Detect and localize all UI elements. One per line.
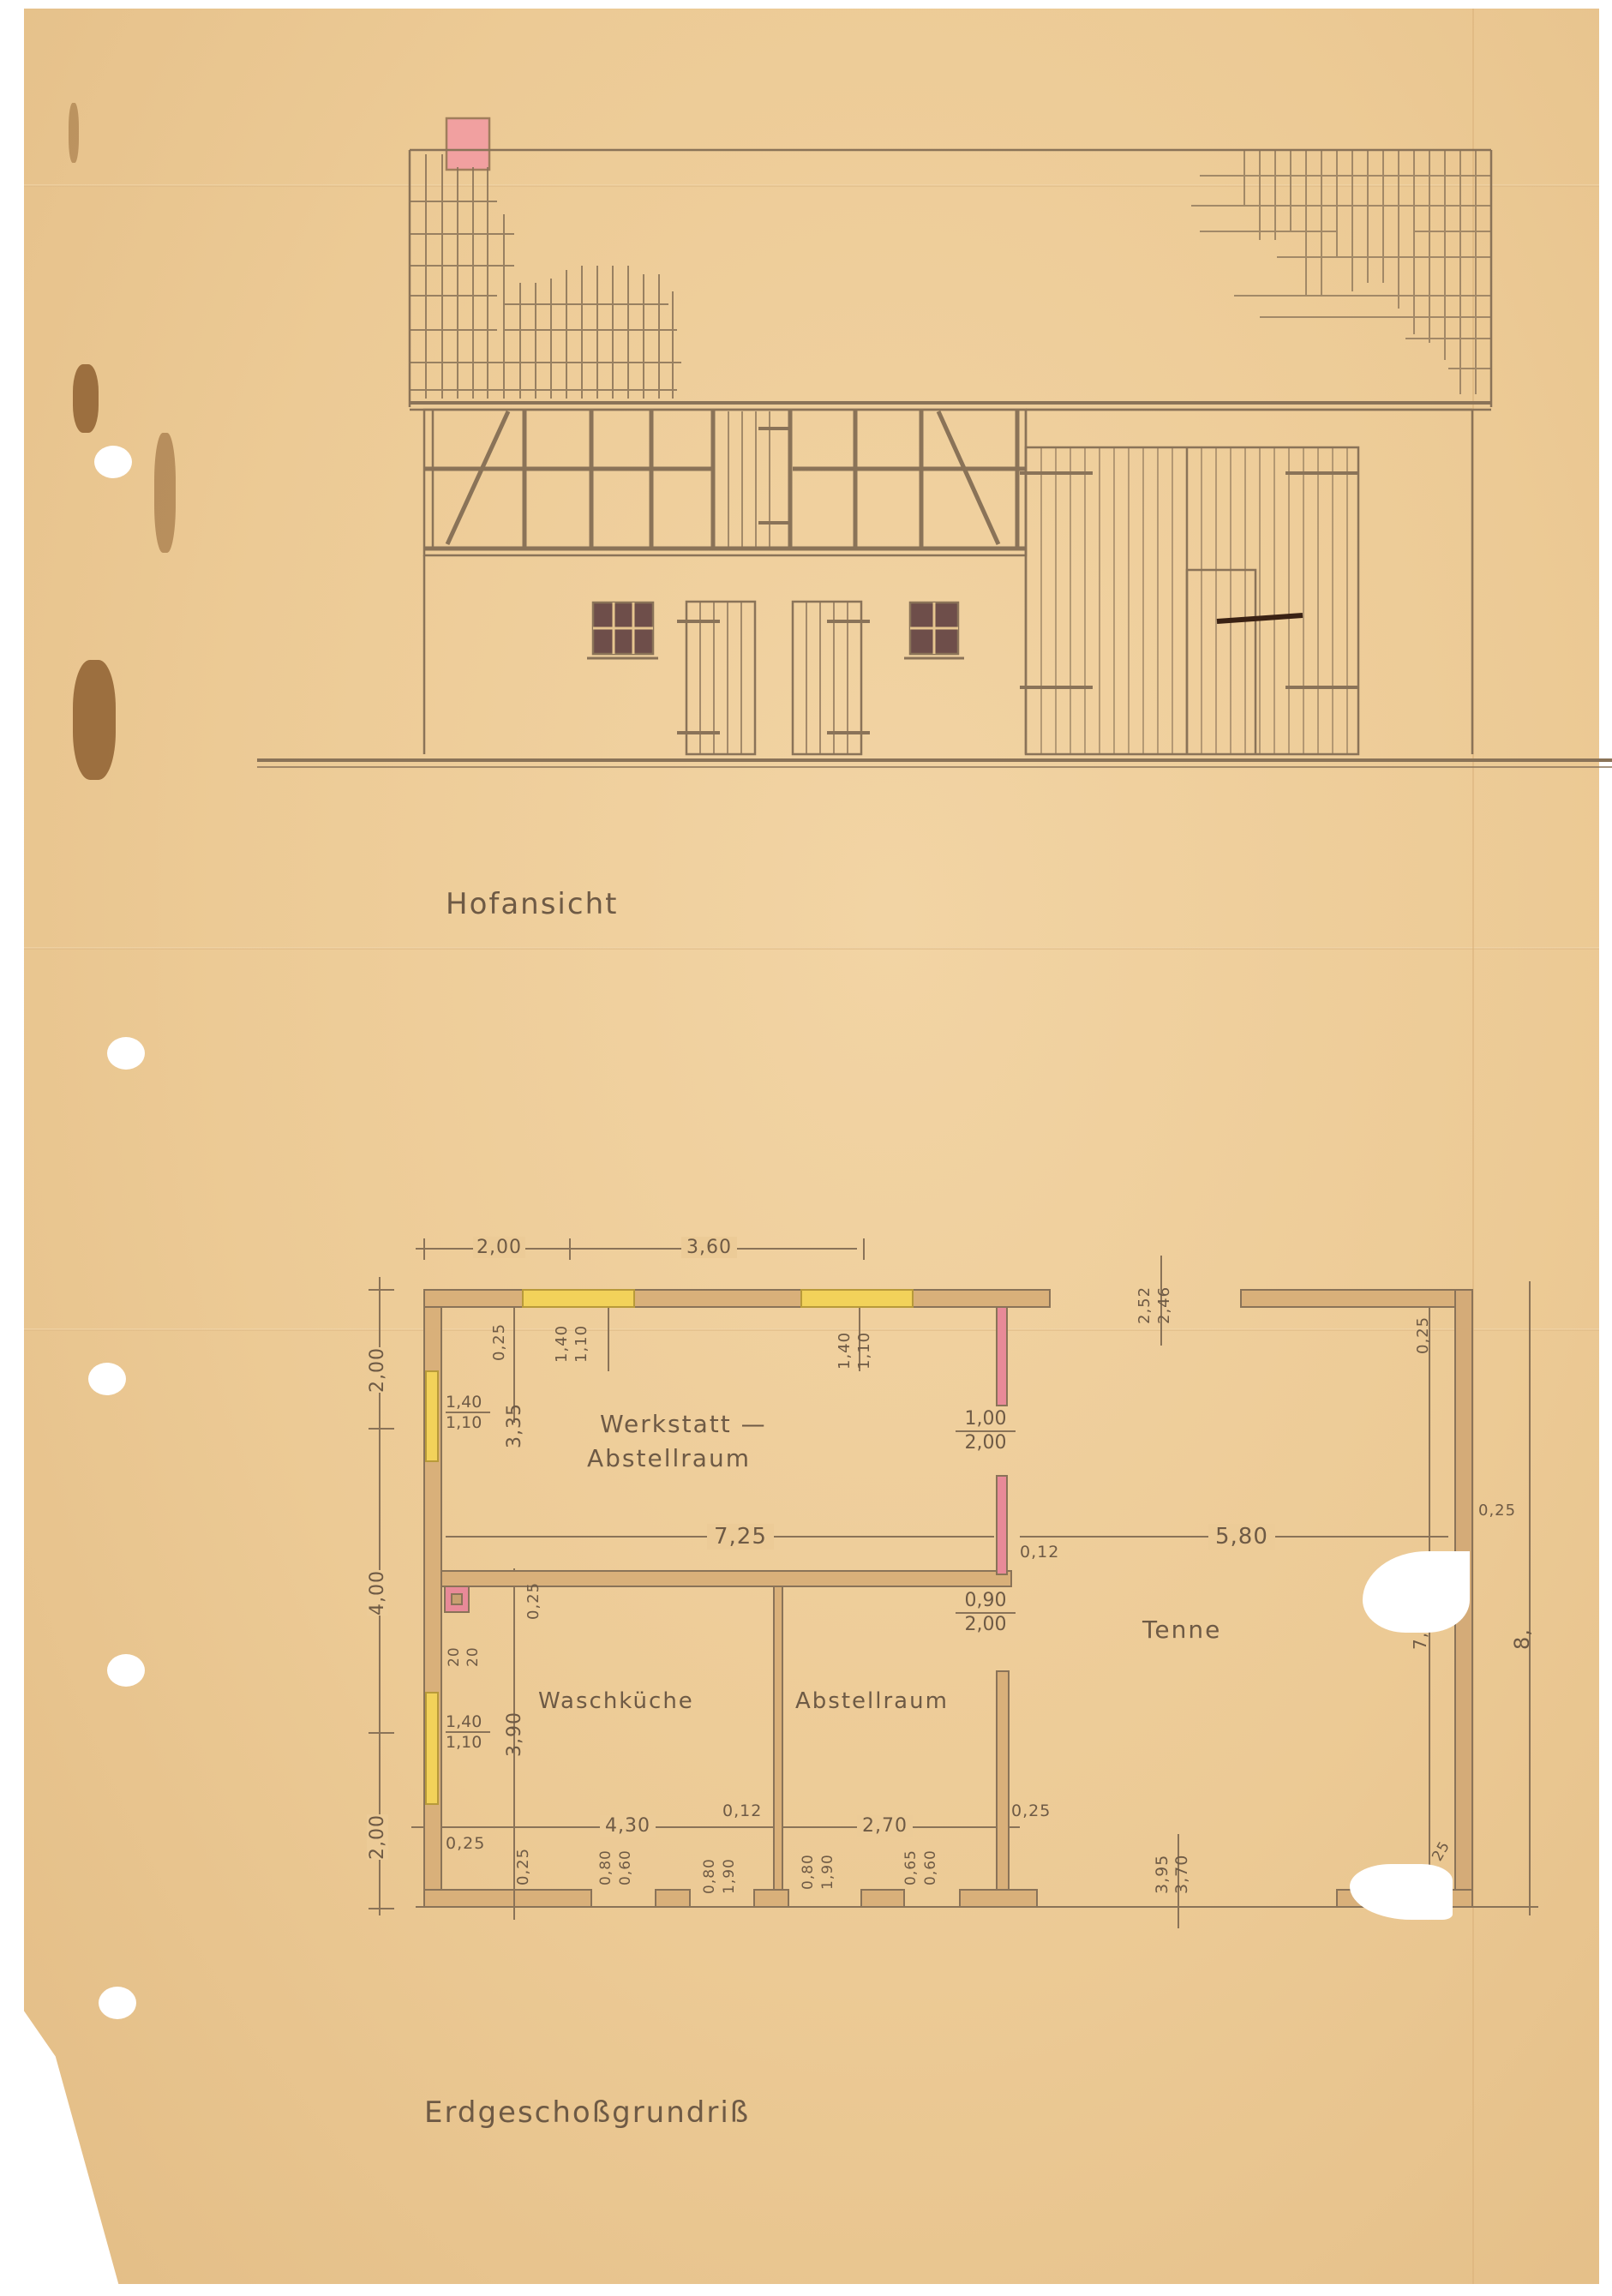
- dim-wall-025-a: 0,25: [490, 1323, 508, 1361]
- dim-left-3: 2,00: [367, 1814, 388, 1860]
- room-label-werkstatt-abstellraum: Abstellraum: [587, 1444, 751, 1472]
- opening-bottom-window-2-width: 0,65: [902, 1849, 920, 1885]
- room-label-abstellraum: Abstellraum: [795, 1688, 949, 1714]
- opening-tenne-gate-width: 2,52: [1136, 1286, 1154, 1324]
- dim-right-partial-2: 7,: [1410, 1632, 1430, 1650]
- chimney: [446, 118, 489, 170]
- opening-height: 2,00: [956, 1612, 1016, 1636]
- opening-width: 1,00: [956, 1408, 1016, 1430]
- opening-top-window-1-height: 1,10: [572, 1325, 590, 1363]
- drawing-canvas: [0, 0, 1612, 2296]
- dim-top-2: 3,60: [681, 1237, 737, 1258]
- dim-wall-012-b: 0,12: [722, 1801, 762, 1820]
- dim-tenne-width: 5,80: [1208, 1524, 1275, 1550]
- dim-wall-025-d: 0,25: [514, 1848, 532, 1885]
- opening-top-window-2-height: 1,10: [855, 1332, 873, 1370]
- opening-tenne-bottom-gate-width: 3,95: [1153, 1855, 1172, 1894]
- dim-left-1: 2,00: [367, 1347, 388, 1393]
- dim-top-1: 2,00: [473, 1237, 525, 1258]
- opening-bottom-door-1-height: 1,90: [721, 1858, 738, 1894]
- dim-abstellraum-width: 2,70: [857, 1815, 913, 1837]
- dim-wall-025-e: 0,25: [1011, 1801, 1051, 1820]
- dim-wall-025-c: 0,25: [446, 1834, 485, 1853]
- opening-chimney-b: 20: [464, 1646, 482, 1667]
- opening-bottom-door-2-height: 1,90: [819, 1854, 836, 1890]
- dim-right-partial: 8,: [1510, 1628, 1534, 1650]
- dim-wall-012-a: 0,12: [1020, 1543, 1059, 1562]
- dim-left-2: 4,00: [367, 1570, 388, 1616]
- opening-height: 2,00: [956, 1430, 1016, 1454]
- dim-interior-width: 7,25: [707, 1524, 774, 1550]
- opening-left-window-1: 1,40 1,10: [446, 1393, 490, 1432]
- opening-abstellraum-door: 0,90 2,00: [956, 1590, 1016, 1636]
- opening-bottom-window-2-height: 0,60: [922, 1849, 939, 1885]
- dim-height-390: 3,90: [504, 1712, 525, 1757]
- dim-height-335: 3,35: [504, 1403, 525, 1448]
- dim-waschkueche-width: 4,30: [600, 1815, 656, 1837]
- elevation-title: Hofansicht: [446, 887, 618, 921]
- opening-bottom-door-1-width: 0,80: [701, 1858, 718, 1894]
- opening-chimney-a: 20: [446, 1646, 463, 1667]
- floor-plan-title: Erdgeschoßgrundriß: [424, 2095, 750, 2130]
- opening-werkstatt-door: 1,00 2,00: [956, 1408, 1016, 1454]
- room-label-tenne: Tenne: [1142, 1616, 1221, 1644]
- opening-width: 0,90: [956, 1590, 1016, 1612]
- opening-top-window-2-width: 1,40: [836, 1332, 854, 1370]
- room-label-werkstatt: Werkstatt —: [600, 1410, 767, 1438]
- opening-bottom-window-1-height: 0,60: [617, 1849, 634, 1885]
- opening-height: 1,10: [446, 1412, 490, 1432]
- opening-tenne-gate-height: 2,46: [1155, 1286, 1173, 1324]
- opening-tenne-bottom-gate-height: 3,70: [1172, 1855, 1191, 1894]
- dim-wall-025-b: 0,25: [524, 1582, 542, 1620]
- opening-bottom-window-1-width: 0,80: [597, 1849, 614, 1885]
- dim-wall-025-g: 0,25: [1478, 1502, 1516, 1520]
- opening-width: 1,40: [446, 1712, 490, 1731]
- opening-left-window-2: 1,40 1,10: [446, 1712, 490, 1752]
- dim-wall-025-f: 0,25: [1414, 1316, 1432, 1354]
- opening-top-window-1-width: 1,40: [553, 1325, 571, 1363]
- room-label-waschkueche: Waschküche: [538, 1688, 694, 1714]
- opening-height: 1,10: [446, 1731, 490, 1752]
- opening-bottom-door-2-width: 0,80: [800, 1854, 817, 1890]
- opening-width: 1,40: [446, 1393, 490, 1412]
